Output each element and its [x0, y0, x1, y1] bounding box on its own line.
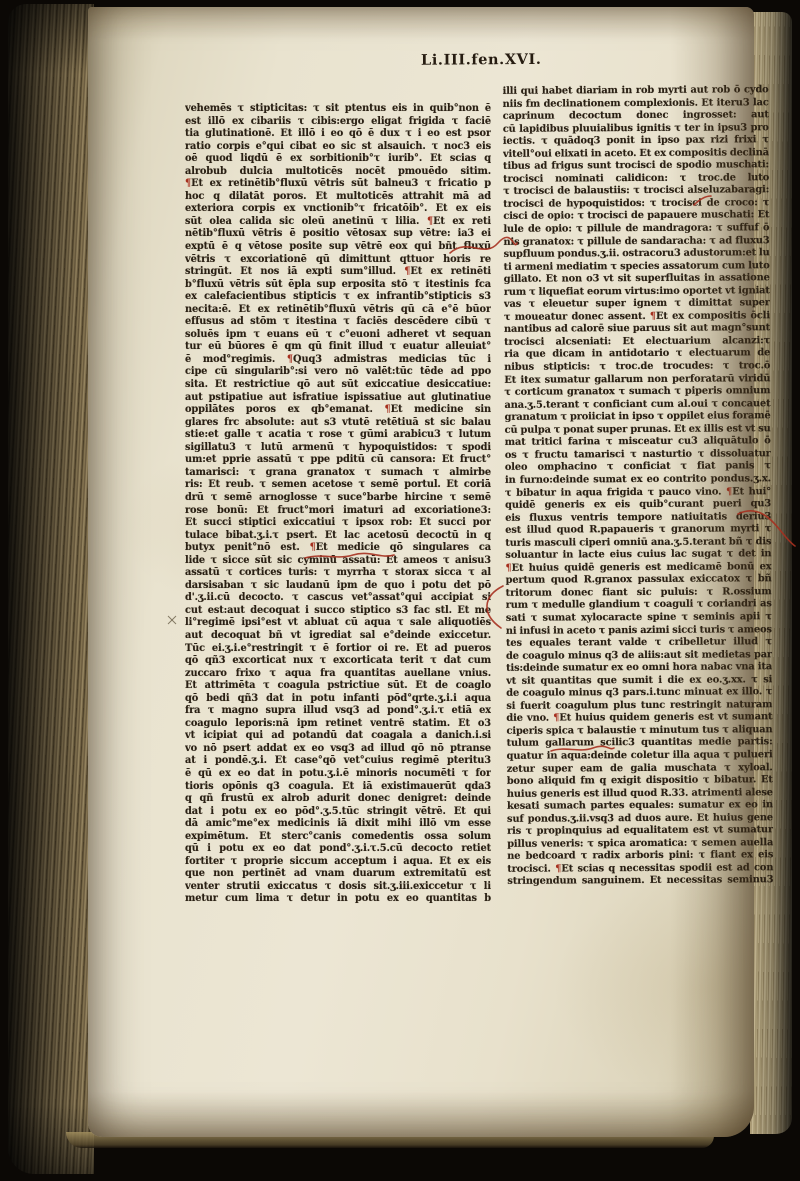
text-line: stie:et galle τ acatia τ rose τ gūmi ara…: [185, 429, 491, 442]
text-line: necita:ē. Et ex retinētib°fluxū vētris q…: [185, 304, 491, 317]
text-line: nētib°fluxū vētris ē positio vētosax sup…: [185, 228, 491, 241]
text-line: exptū ē q vētose posite sup vētrē eox qu…: [185, 241, 491, 254]
text-line: venter strutii exiccatus τ dosis sit.ʒ.i…: [185, 881, 491, 894]
text-line: oppilātes poros ex qb°emanat. ¶Et medici…: [185, 404, 491, 417]
text-line: b°fluxū vētris sūt ēpla sup erposita stō…: [185, 279, 491, 292]
text-line: coagulo leporis:nā ipm retinet ventrē st…: [185, 718, 491, 731]
text-line: Tūc ei.ʒ.i.e°restringit τ ē fortior oi r…: [185, 643, 491, 656]
text-line: zuccaro frixo τ aqua fra quantitas auell…: [185, 668, 491, 681]
text-line: dā amic°me°ex medicinis iā dixit mihi il…: [185, 818, 491, 831]
text-line: drū τ semē arnoglosse τ suce°barbe hirci…: [185, 492, 491, 505]
text-line: exteriora corpis ex vnctionib°τ fricatōi…: [185, 203, 491, 216]
text-line: ē mod°regimis. ¶Quq3 admistras medicias …: [185, 354, 491, 367]
text-line: effusus ad stōm τ itestina τ faciēs desc…: [185, 316, 491, 329]
text-line: cipe cū singularib°:si vero nō valēt:tūc…: [185, 366, 491, 379]
text-line: sita. Et restrictiue qō aut sūt exiccati…: [185, 379, 491, 392]
text-line: aut decoquat bñ vt igrediat sal e°deinde…: [185, 630, 491, 643]
text-line: fortiter τ proprie siccum acceptum i aqu…: [185, 856, 491, 869]
text-line: oē quod liqdū ē ex sorbitionib°τ iurib°.…: [185, 153, 491, 166]
text-line: soluēs ipm τ euans eū τ c°euoni adheret …: [185, 329, 491, 342]
text-column-left: vehemēs τ stipticitas: τ sit ptentus eis…: [185, 103, 491, 906]
running-title: Li.III.fen.XVI.: [421, 50, 621, 68]
text-line: stringūt. Et nos iā expti sum°illud. ¶Et…: [185, 266, 491, 279]
text-line: dat i potu ex eo pōd°.ʒ.5.tūc stringit v…: [185, 806, 491, 819]
text-line: fra τ magno supra illud vsq3 ad pond°.ʒ.…: [185, 705, 491, 718]
text-line: ex calefacientibus stipticis τ ex infran…: [185, 291, 491, 304]
pilcrow-icon: ¶: [404, 266, 410, 277]
rubric-curl-left-margin: [478, 584, 508, 630]
text-line: sūt olea calida sic oleū anetinū τ lilia…: [185, 216, 491, 229]
text-line: ris: Et reub. τ semen acetose τ semē por…: [185, 479, 491, 492]
rubric-flourish-gutter: [448, 233, 520, 263]
text-line: que non pertinēt ad vnam duarum extremit…: [185, 868, 491, 881]
text-line: ¶Et ex retinētib°fluxū vētris sūt balneu…: [185, 178, 491, 191]
text-line: metur cum lima τ detur in potu ex eo qua…: [185, 893, 491, 906]
text-line: qū i potu ex eo dat pond°.ʒ.i.τ.5.cū dec…: [185, 843, 491, 856]
text-line: hoc q dilatāt poros. Et multoticēs attra…: [185, 191, 491, 204]
text-line: d'.ʒ.ii.cū decocto. τ cascus vet°assat°q…: [185, 592, 491, 605]
text-line: rose bonū: Et fruct°mori imaturi ad exco…: [185, 505, 491, 518]
text-line: Et attrimēta τ coagula pstrictiue sūt. E…: [185, 680, 491, 693]
rubric-flourish-right-margin: [736, 506, 798, 550]
pilcrow-icon: ¶: [555, 863, 561, 874]
text-line: ratio corpis e°qui cibat eo sic st alsau…: [185, 141, 491, 154]
margin-pen-mark: [166, 614, 178, 626]
rubric-underline-et-medicie: [303, 551, 397, 563]
rubric-underline-et-huius: [549, 744, 617, 756]
pilcrow-icon: ¶: [385, 404, 391, 415]
text-line: darsisaban τ sic laudanū ipm de quo i po…: [185, 580, 491, 593]
text-line: q qñ frustū ex alrob adurit donec denigr…: [185, 793, 491, 806]
book-page: Li.III.fen.XVI. vehemēs τ stipticitas: τ…: [88, 7, 754, 1137]
text-line: tulace bibat.ʒ.i.τ psert. Et lac acetosū…: [185, 530, 491, 543]
text-line: assatū τ cortices turis: τ myrrha τ stor…: [185, 567, 491, 580]
text-line: tur eū būores ē qm qū finit illud τ euat…: [185, 341, 491, 354]
text-line: ē qū ex eo dat in potu.ʒ.i.ē minoris noc…: [185, 768, 491, 781]
pilcrow-icon: ¶: [505, 563, 511, 574]
text-line: vehemēs τ stipticitas: τ sit ptentus eis…: [185, 103, 491, 116]
page-curl-shadow: [670, 7, 754, 1137]
book-left-page-edges: [8, 4, 94, 1174]
text-line: glares frc absolute: aut s3 vtutē retēti…: [185, 417, 491, 430]
pilcrow-icon: ¶: [553, 713, 559, 724]
text-line: cut est:aut decoquat i succo stiptico s3…: [185, 605, 491, 618]
text-line: li°regimē ipsi°est vt abluat cū aqua τ s…: [185, 617, 491, 630]
text-line: est illō ex cibariis τ cibis:ergo eligat…: [185, 116, 491, 129]
text-line: at i pondē.ʒ.i. Et case°qō vet°cuius reg…: [185, 755, 491, 768]
rubric-tick-right-margin: [692, 194, 714, 208]
pilcrow-icon: ¶: [427, 216, 433, 227]
text-line: qō qñ3 excorticat nux τ excorticata teri…: [185, 655, 491, 668]
text-line: tia glutinationē. Et illō i eo qō ē dux …: [185, 128, 491, 141]
text-line: Et succi stiptici exiccatiui τ ipsox rob…: [185, 517, 491, 530]
pilcrow-icon: ¶: [650, 311, 656, 322]
text-line: aut pstipatiue aut isfratiue ispissatiue…: [185, 392, 491, 405]
text-line: vo nō psert addat ex eo vsq3 ad illud qō…: [185, 743, 491, 756]
text-line: qō bedi qñ3 dat in potu infanti pōd°qrte…: [185, 693, 491, 706]
text-line: vētris τ excoriationē qū dimittunt qttuo…: [185, 254, 491, 267]
text-line: sigillatu3 τ lutū armenū τ hypoquistidos…: [185, 442, 491, 455]
text-line: um:et pprie assatū τ ppe pditū cū cansor…: [185, 454, 491, 467]
text-line: vt icipiat qui ad potandū dat coagala a …: [185, 730, 491, 743]
pilcrow-icon: ¶: [287, 354, 293, 365]
pilcrow-icon: ¶: [185, 178, 191, 189]
text-line: tamarisci: τ grana granatox τ sumach τ a…: [185, 467, 491, 480]
text-line: expimētum. Et sterc°canis comedentis oss…: [185, 831, 491, 844]
text-line: tioris opōnis q3 coagula. Et iā existima…: [185, 781, 491, 794]
text-line: alrobub dulcia multoticēs nocēt pmouēdo …: [185, 166, 491, 179]
book-photo: Li.III.fen.XVI. vehemēs τ stipticitas: τ…: [0, 0, 800, 1181]
